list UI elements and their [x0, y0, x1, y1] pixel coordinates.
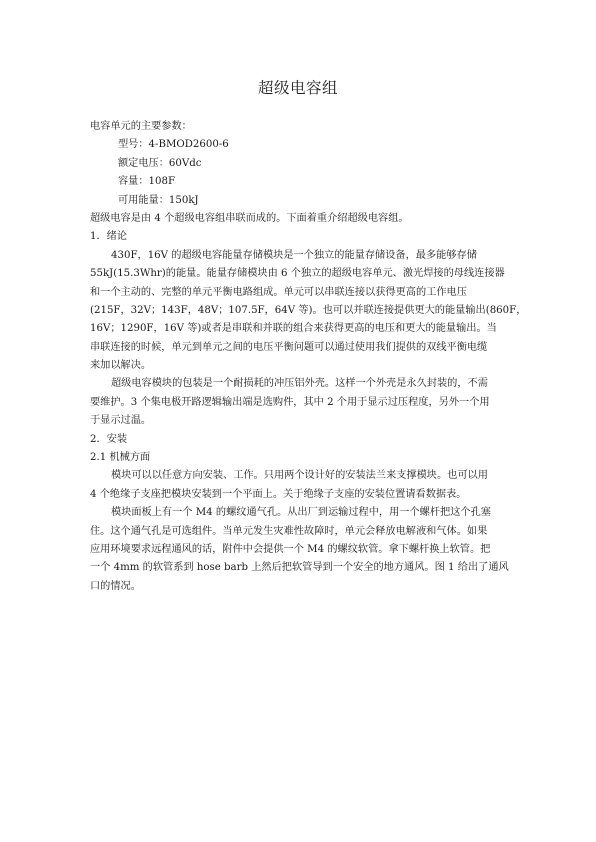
s1-p2-line: 于显示过温。 [90, 412, 510, 430]
s1-p1-line: 串联连接的时候，单元到单元之间的电压平衡问题可以通过使用我们提供的双线平衡电缆 [90, 339, 510, 357]
s21-p2-line: 模块面板上有一个 M4 的螺纹通气孔。从出厂到运输过程中，用一个螺杆把这个孔塞 [90, 504, 510, 522]
document-title: 超级电容组 [0, 76, 596, 98]
s1-p1-line: 55kJ(15.3Whr)的能量。能量存储模块由 6 个独立的超级电容单元、激光… [90, 265, 510, 283]
param-usable-energy: 可用能量：150kJ [90, 192, 510, 210]
s1-p1-line: (215F，32V；143F，48V；107.5F，64V 等)。也可以并联连接… [90, 302, 510, 320]
param-model: 型号：4-BMOD2600-6 [90, 136, 510, 154]
s1-p1-line: 来加以解决。 [90, 357, 510, 375]
section2-heading: 2．安装 [90, 431, 510, 449]
s1-p1-line: 和一个主动的、完整的单元平衡电路组成。单元可以串联连接以获得更高的工作电压 [90, 284, 510, 302]
section1-heading: 1．绪论 [90, 228, 510, 246]
s21-p1-line: 模块可以以任意方向安装、工作。只用两个设计好的安装法兰来支撑模块。也可以用 [90, 467, 510, 485]
param-rated-voltage: 额定电压：60Vdc [90, 155, 510, 173]
s21-p2-line: 口的情况。 [90, 578, 510, 596]
params-heading: 电容单元的主要参数： [90, 118, 510, 136]
s1-p2-line: 超级电容模块的包装是一个耐损耗的冲压铝外壳。这样一个外壳是永久封装的，不需 [90, 375, 510, 393]
document-page: 超级电容组 电容单元的主要参数： 型号：4-BMOD2600-6 额定电压：60… [0, 0, 596, 842]
s21-p2-line: 住。这个通气孔是可选组件。当单元发生灾难性故障时，单元会释放电解液和气体。如果 [90, 523, 510, 541]
summary-text: 超级电容是由 4 个超级电容组串联而成的。下面着重介绍超级电容组。 [90, 210, 510, 228]
s21-p2-line: 一个 4mm 的软管系到 hose barb 上然后把软管导到一个安全的地方通风… [90, 559, 510, 577]
s21-p2-line: 应用环境要求远程通风的话，附件中会提供一个 M4 的螺纹软管。拿下螺杆换上软管。… [90, 541, 510, 559]
s21-p1-line: 4 个绝缘子支座把模块安装到一个平面上。关于绝缘子支座的安装位置请看数据表。 [90, 486, 510, 504]
document-body: 电容单元的主要参数： 型号：4-BMOD2600-6 额定电压：60Vdc 容量… [90, 118, 510, 596]
s1-p1-line: 430F，16V 的超级电容能量存储模块是一个独立的能量存储设备，最多能够存储 [90, 247, 510, 265]
s1-p2-line: 要维护。3 个集电极开路逻辑输出端是选购件，其中 2 个用于显示过压程度，另外一… [90, 394, 510, 412]
subsection-heading: 2.1 机械方面 [90, 449, 510, 467]
s1-p1-line: 16V；1290F，16V 等)或者是串联和并联的组合来获得更高的电压和更大的能… [90, 320, 510, 338]
param-capacitance: 容量：108F [90, 173, 510, 191]
